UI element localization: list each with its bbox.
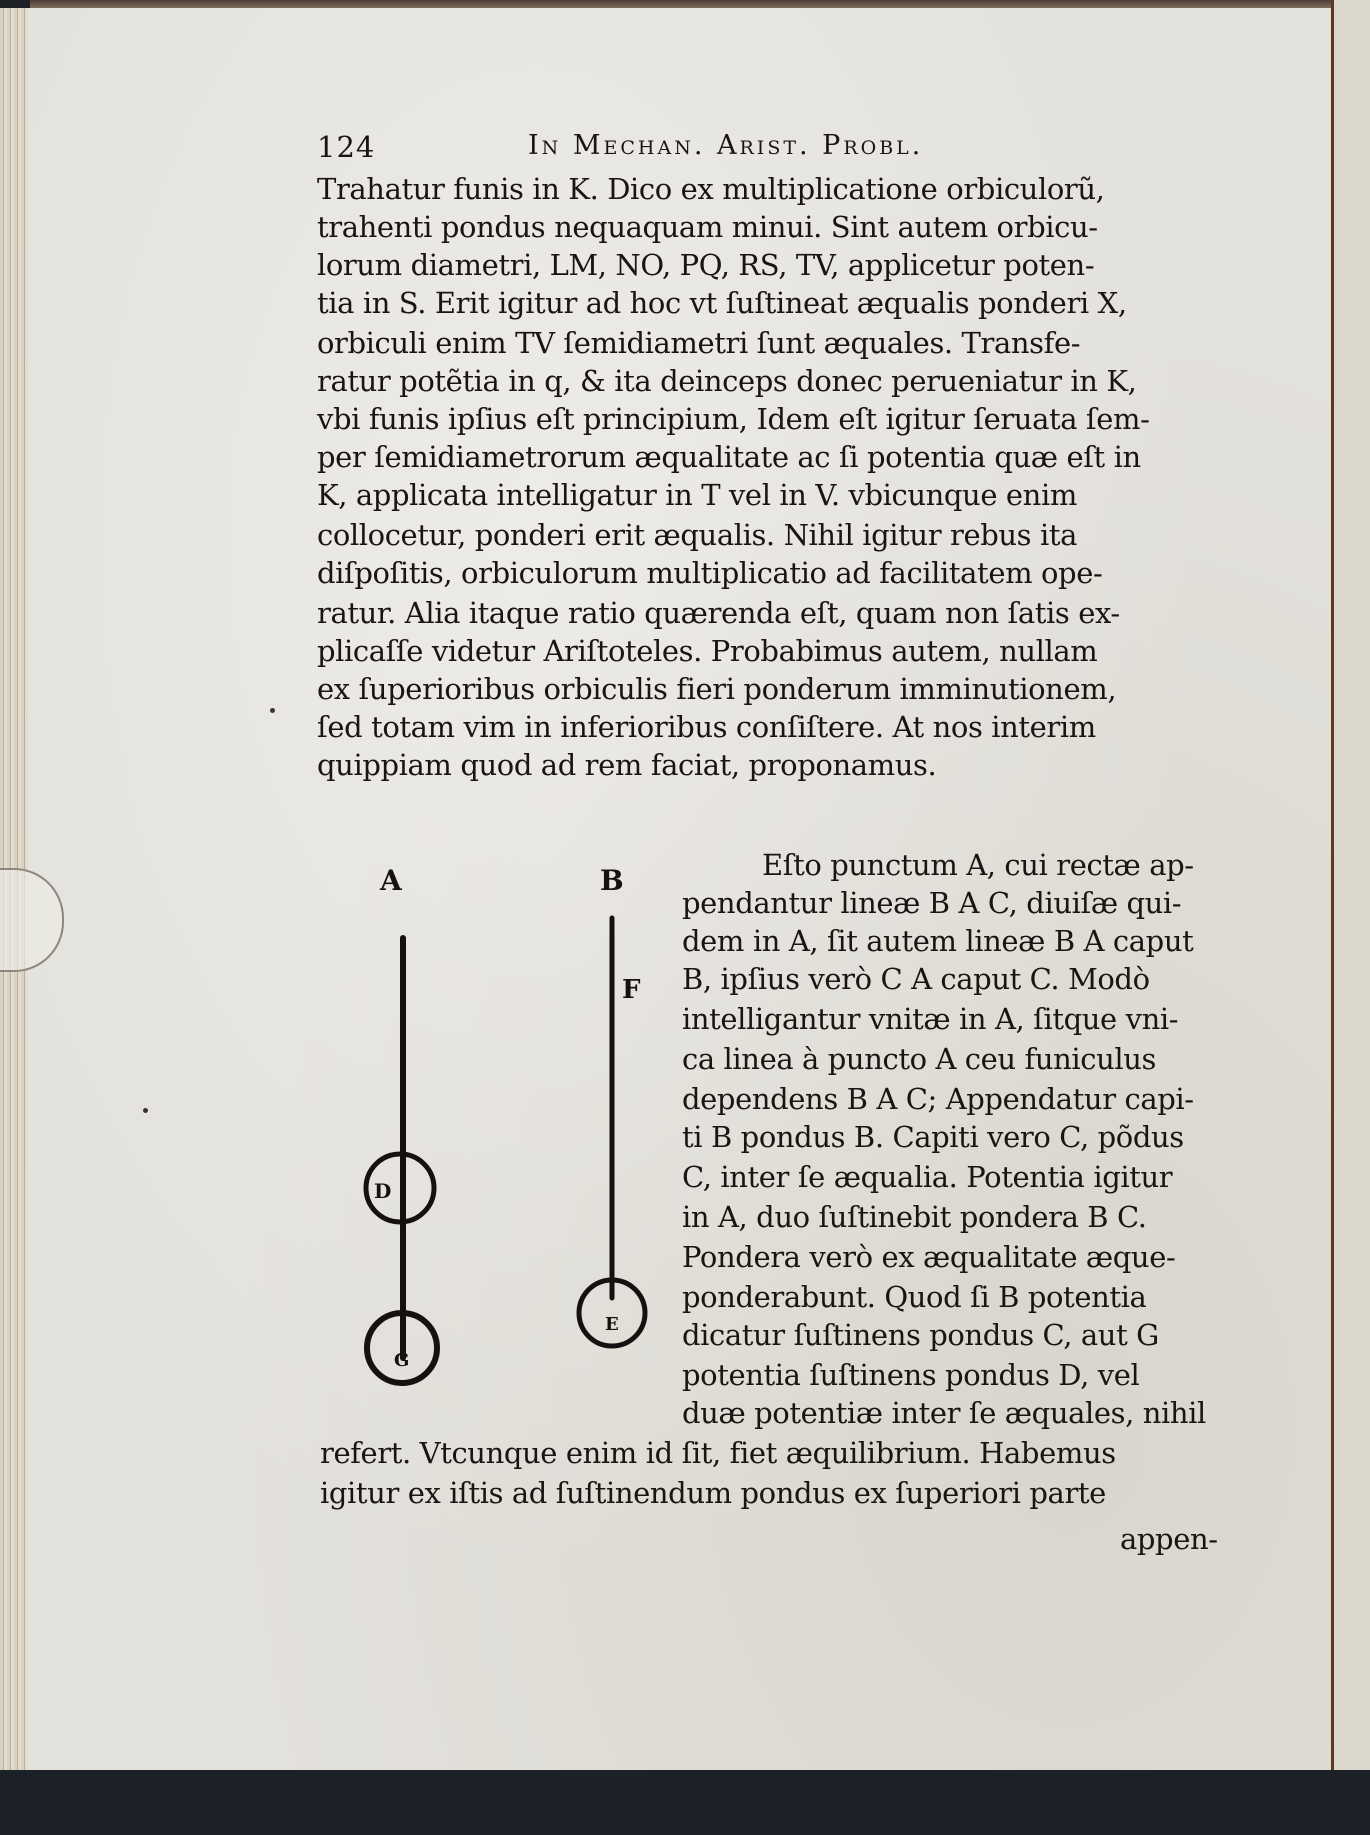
text-line: orbiculi enim TV ſemidiametri ſunt æqual… — [317, 324, 1080, 362]
catchword: appen- — [1120, 1520, 1218, 1558]
text-line: B, ipſius verò C A caput C. Modò — [682, 960, 1150, 998]
text-line: igitur ex iſtis ad ſuſtinendum pondus ex… — [320, 1474, 1106, 1512]
page-number: 124 — [317, 130, 375, 164]
running-head: 124 In Mechan. Arist. Probl. — [317, 130, 1177, 170]
ink-speck — [270, 708, 275, 713]
text-line: per ſemidiametrorum æqualitate ac ſi pot… — [317, 438, 1141, 476]
text-line: potentia ſuſtinens pondus D, vel — [682, 1356, 1139, 1394]
text-line: ratur potẽtia in q, & ita deinceps donec… — [317, 362, 1137, 400]
text-line: collocetur, ponderi erit æqualis. Nihil … — [317, 516, 1077, 554]
text-line: ti B pondus B. Capiti vero C, põdus — [682, 1118, 1184, 1156]
text-line: Trahatur funis in K. Dico ex multiplicat… — [317, 170, 1104, 208]
text-line: pendantur lineæ B A C, diuiſæ qui- — [682, 884, 1181, 922]
text-line: lorum diametri, LM, NO, PQ, RS, TV, appl… — [317, 246, 1094, 284]
text-line: diſpoſitis, orbiculorum multiplicatio ad… — [317, 554, 1102, 592]
text-line: ex ſuperioribus orbiculis fieri ponderum… — [317, 670, 1116, 708]
text-line: ponderabunt. Quod ſi B potentia — [682, 1278, 1146, 1316]
text-line: Pondera verò ex æqualitate æque- — [682, 1238, 1175, 1276]
label-a: A — [379, 868, 403, 897]
pulley-diagram: A B F D G E — [360, 868, 660, 1408]
label-d: D — [374, 1179, 391, 1203]
text-line: ſed totam vim in inferioribus conſiſtere… — [317, 708, 1096, 746]
text-line: tia in S. Erit igitur ad hoc vt ſuſtinea… — [317, 284, 1127, 322]
label-f: F — [622, 975, 641, 1005]
text-line: dependens B A C; Appendatur capi- — [682, 1080, 1194, 1118]
text-line: refert. Vtcunque enim id ſit, fiet æquil… — [320, 1434, 1116, 1472]
text-line: intelligantur vnitæ in A, ſitque vni- — [682, 1000, 1178, 1038]
text-line: quippiam quod ad rem faciat, proponamus. — [317, 746, 936, 784]
label-b: B — [600, 868, 624, 897]
label-e: E — [605, 1314, 619, 1335]
text-line: vbi funis ipſius eſt principium, Idem eſ… — [317, 400, 1150, 438]
text-line: Eſto punctum A, cui rectæ ap- — [762, 846, 1194, 884]
facing-page-edge — [1334, 0, 1370, 1790]
background-surface — [0, 1770, 1370, 1835]
ink-speck — [143, 1108, 148, 1113]
label-g: G — [394, 1350, 409, 1371]
text-line: plicaſſe videtur Ariſtoteles. Probabimus… — [317, 632, 1097, 670]
text-line: ratur. Alia itaque ratio quærenda eſt, q… — [317, 594, 1120, 632]
pendulum-weights-figure: A B F D G E — [360, 868, 660, 1408]
page-tab-marker — [0, 868, 64, 972]
text-line: ca linea à puncto A ceu funiculus — [682, 1040, 1156, 1078]
text-line: trahenti pondus nequaquam minui. Sint au… — [317, 208, 1098, 246]
text-line: C, inter ſe æqualia. Potentia igitur — [682, 1158, 1172, 1196]
book-page: 124 In Mechan. Arist. Probl. Trahatur fu… — [0, 8, 1336, 1783]
text-line: in A, duo ſuſtinebit pondera B C. — [682, 1198, 1147, 1236]
text-line: K, applicata intelligatur in T vel in V.… — [317, 476, 1077, 514]
text-line: duæ potentiæ inter ſe æquales, nihil — [682, 1394, 1206, 1432]
text-line: dem in A, ſit autem lineæ B A caput — [682, 922, 1193, 960]
running-head-title: In Mechan. Arist. Probl. — [528, 130, 923, 161]
text-line: dicatur ſuſtinens pondus C, aut G — [682, 1316, 1159, 1354]
